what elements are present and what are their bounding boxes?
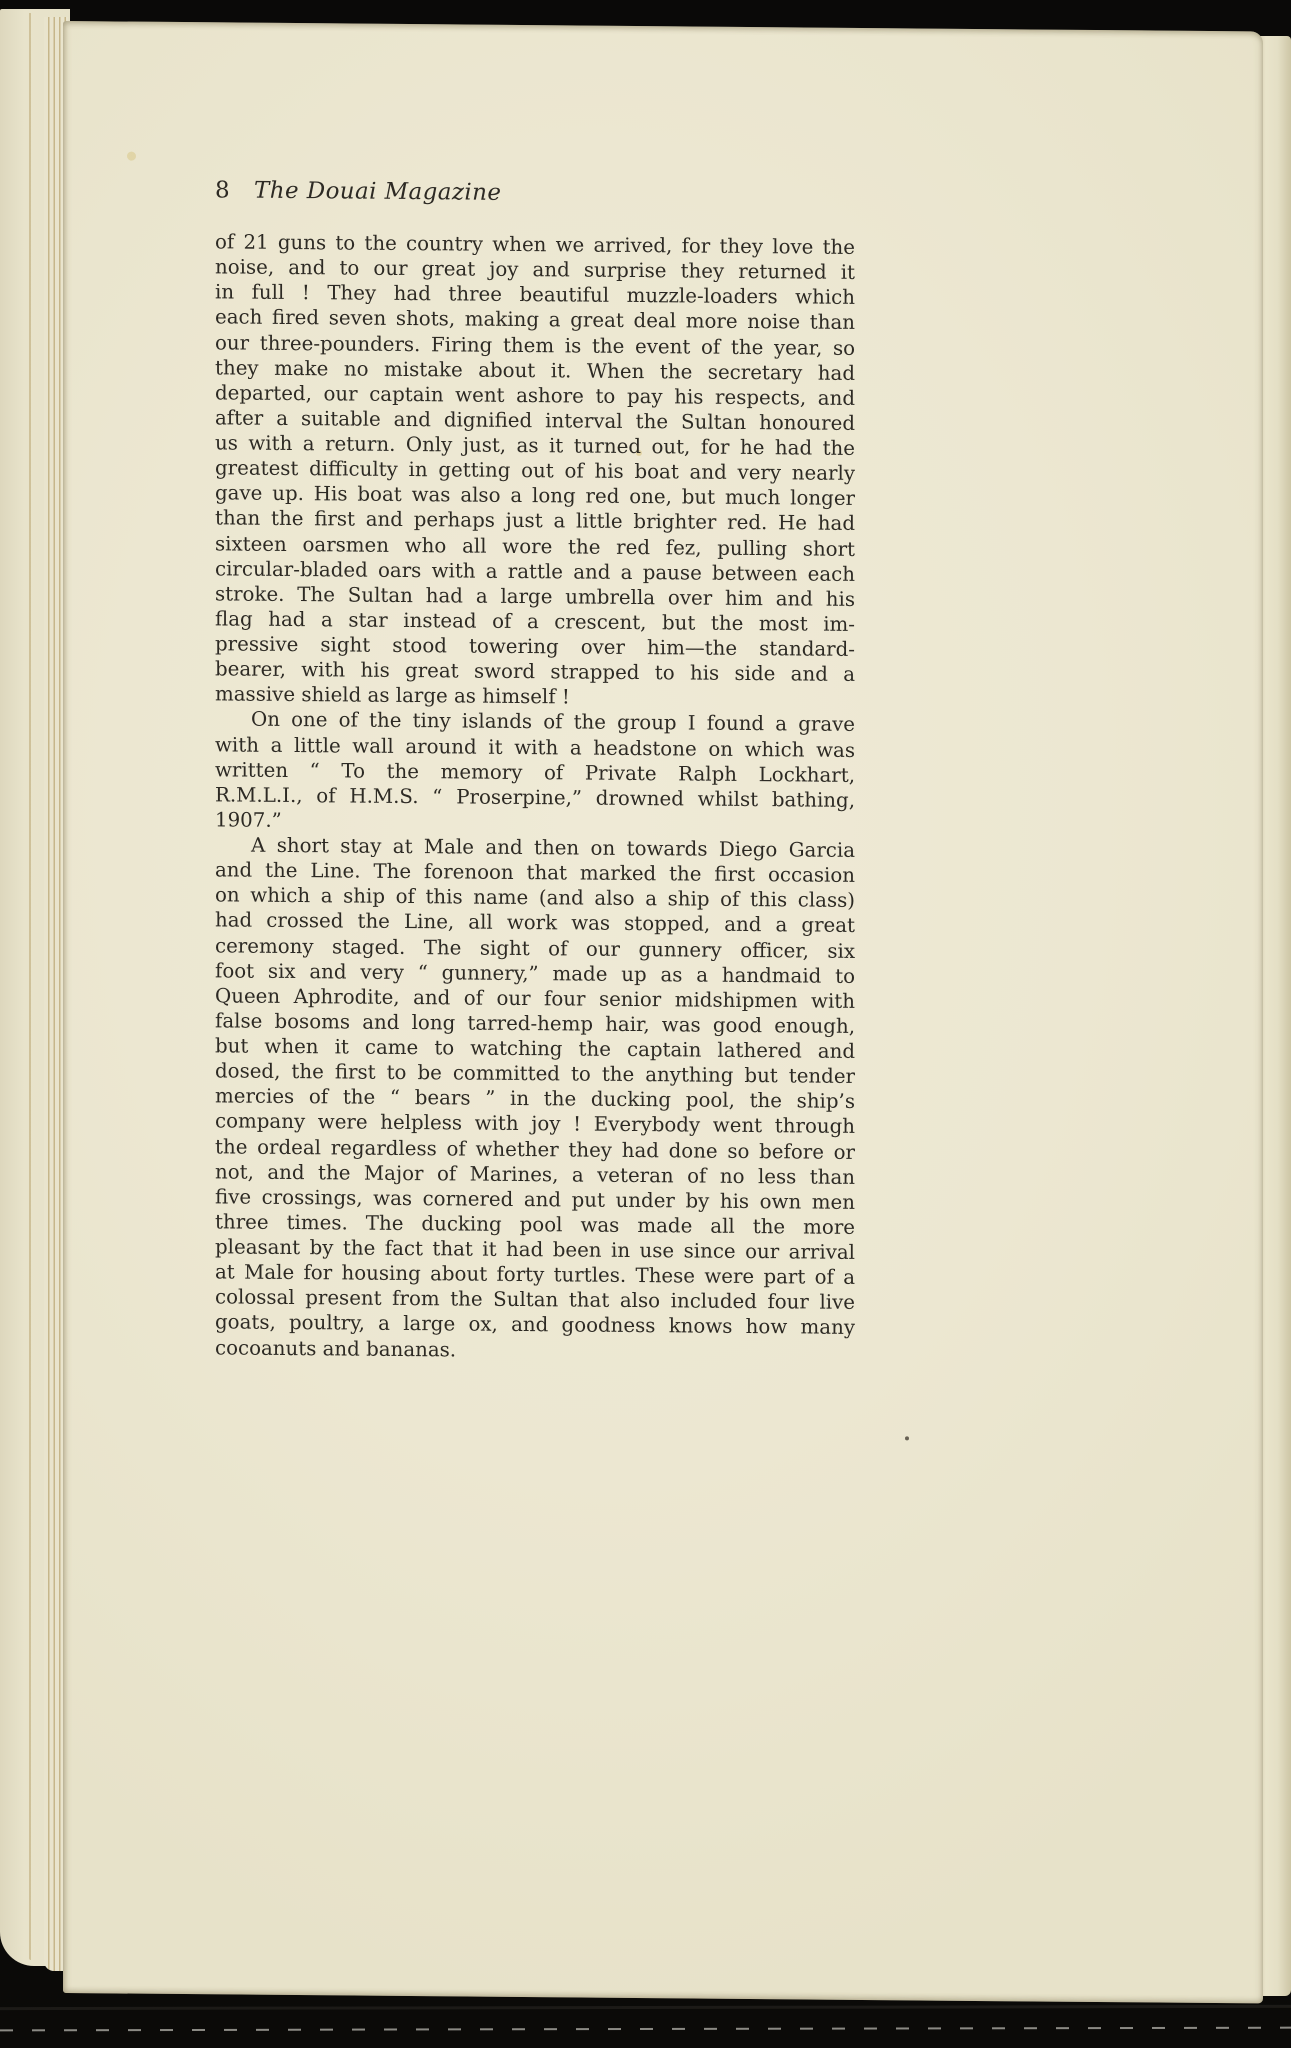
cover-edge-ridge: [0, 2005, 1291, 2010]
running-header: 8The Douai Magazine: [215, 177, 855, 209]
book-page: 8The Douai Magazine of 21 guns to the co…: [63, 21, 1263, 2003]
book-scan-photo: 8The Douai Magazine of 21 guns to the co…: [0, 0, 1291, 2048]
page-number: 8: [215, 177, 230, 203]
paper-speck: [905, 1436, 909, 1440]
body-text: of 21 guns to the country when we arrive…: [215, 229, 855, 1365]
magazine-title: The Douai Magazine: [254, 178, 501, 206]
page-edge-line: [29, 13, 31, 1960]
page-content: 8The Douai Magazine of 21 guns to the co…: [215, 177, 855, 1365]
cover-stitch-line: [0, 2027, 1291, 2032]
paper-stain: [127, 152, 136, 161]
